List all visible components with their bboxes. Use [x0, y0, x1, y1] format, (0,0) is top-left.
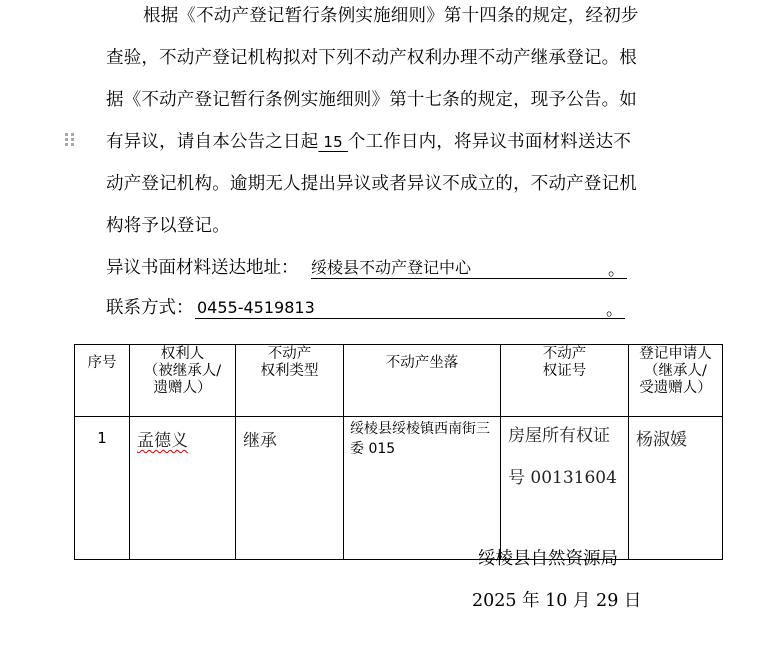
body-line-1: 根据《不动产登记暂行条例实施细则》第十四条的规定，经初步	[143, 6, 699, 26]
issuer-name: 绥棱县自然资源局	[478, 549, 618, 569]
header-location: 不动产坐落	[344, 345, 501, 417]
cell-index: 1	[75, 417, 130, 560]
header-index: 序号	[75, 345, 130, 417]
right-holder-name: 孟德义	[137, 431, 188, 451]
header-cert-number: 不动产 权证号	[501, 345, 629, 417]
address-period: 。	[608, 260, 625, 280]
header-right-holder: 权利人 （被继承人/ 遗赠人）	[130, 345, 236, 417]
cell-cert-number: 房屋所有权证 号 00131604	[501, 417, 629, 560]
line4-prefix: 有异议，请自本公告之日起	[106, 132, 318, 152]
address-label: 异议书面材料送达地址：	[106, 258, 299, 278]
body-line-5: 动产登记机构。逾期无人提出异议或者异议不成立的，不动产登记机	[106, 174, 662, 194]
contact-period: 。	[606, 300, 623, 320]
contact-value: 0455-4519813	[197, 298, 315, 318]
contact-label: 联系方式：	[106, 298, 194, 318]
notice-table: 序号 权利人 （被继承人/ 遗赠人） 不动产 权利类型 不动产坐落 不动产 权证…	[74, 344, 723, 560]
header-applicant: 登记申请人 （继承人/ 受遗赠人）	[629, 345, 723, 417]
drag-handle-icon[interactable]	[65, 133, 74, 147]
line4-suffix: 个工作日内，将异议书面材料送达不	[348, 132, 631, 152]
body-line-3: 据《不动产登记暂行条例实施细则》第十七条的规定，现予公告。如	[106, 90, 662, 110]
cell-applicant: 杨淑媛	[629, 417, 723, 560]
table-row: 1 孟德义 继承 绥棱县绥棱镇西南街三 委 015 房屋所有权证 号 00131…	[75, 417, 723, 560]
table-header-row: 序号 权利人 （被继承人/ 遗赠人） 不动产 权利类型 不动产坐落 不动产 权证…	[75, 345, 723, 417]
cell-right-type: 继承	[236, 417, 344, 560]
body-line-2: 查验，不动产登记机构拟对下列不动产权利办理不动产继承登记。根	[106, 48, 662, 68]
cell-location: 绥棱县绥棱镇西南街三 委 015	[344, 417, 501, 560]
issue-date: 2025 年 10 月 29 日	[472, 591, 641, 611]
address-value: 绥棱县不动产登记中心	[311, 258, 471, 278]
body-line-6: 构将予以登记。	[106, 216, 662, 236]
cell-right-holder: 孟德义	[130, 417, 236, 560]
body-line-4: 有异议，请自本公告之日起 15 个工作日内，将异议书面材料送达不	[106, 132, 662, 152]
header-right-type: 不动产 权利类型	[236, 345, 344, 417]
objection-days: 15	[318, 133, 347, 151]
